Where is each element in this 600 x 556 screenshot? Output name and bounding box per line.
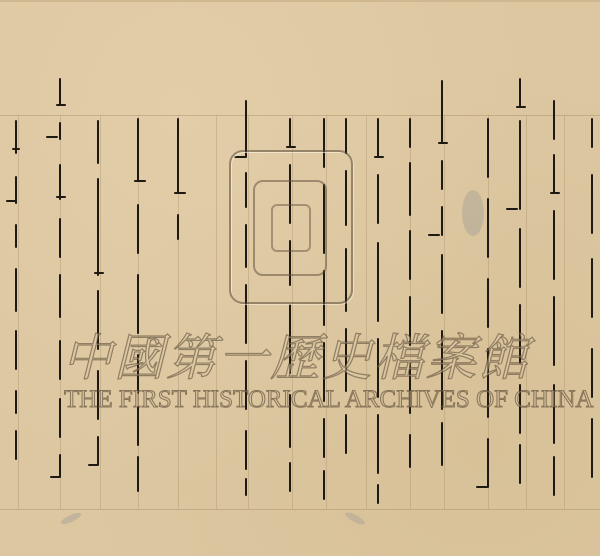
paper-stain [344, 510, 367, 527]
column-rule [366, 115, 367, 509]
document-paper: 中國第一歷史檔案館 THE FIRST HISTORICAL ARCHIVES … [0, 0, 600, 556]
scan-top-border [0, 0, 600, 2]
manchu-text-column-raised [514, 78, 528, 498]
archive-seal-watermark-icon [229, 150, 353, 304]
top-rule-line [0, 115, 600, 116]
manchu-text-column [482, 118, 496, 508]
manchu-text-column-raised [436, 80, 450, 500]
manchu-text-column [10, 120, 24, 460]
bottom-rule-line [0, 509, 600, 510]
manchu-text-column [404, 118, 418, 508]
watermark-english-text: THE FIRST HISTORICAL ARCHIVES OF CHINA [64, 386, 544, 414]
column-rule [216, 115, 217, 509]
manchu-text-column [372, 118, 386, 508]
manchu-text-column-partial [586, 118, 600, 498]
manchu-text-column [92, 120, 106, 500]
manchu-text-column [548, 100, 562, 500]
manchu-text-column [172, 118, 186, 248]
watermark-chinese-text: 中國第一歷史檔案館 [62, 318, 522, 390]
manchu-text-column-raised [54, 78, 68, 498]
manchu-text-column [132, 118, 146, 498]
paper-stain [60, 511, 83, 527]
column-rule [564, 115, 565, 509]
paper-stain [462, 190, 484, 236]
